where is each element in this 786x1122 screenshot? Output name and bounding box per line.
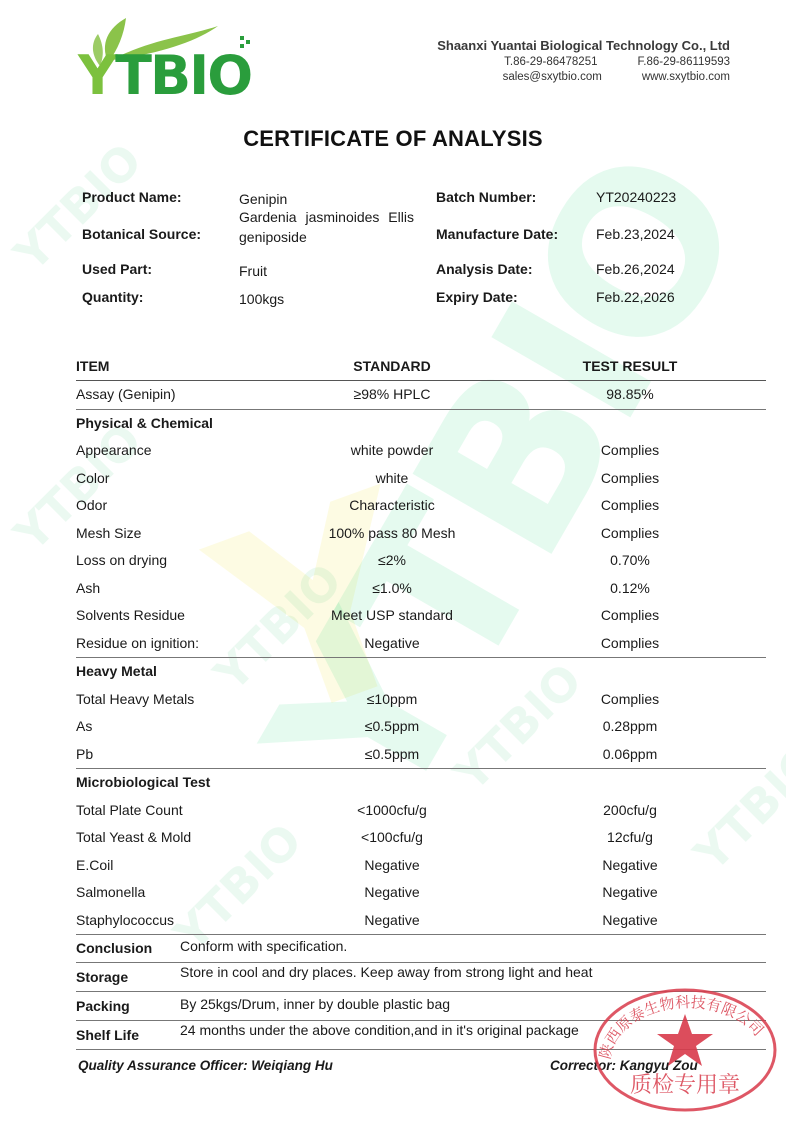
table-row: Total Yeast & Mold<100cfu/g12cfu/g <box>76 824 766 852</box>
expiry-date: Feb.22,2026 <box>596 289 675 305</box>
company-seal-stamp: 陕西原泰生物科技有限公司 质检专用章 <box>588 982 778 1112</box>
used-part-label: Used Part: <box>82 261 152 277</box>
row-standard: Negative <box>312 635 472 651</box>
row-standard: Meet USP standard <box>312 607 472 623</box>
row-item: Total Yeast & Mold <box>76 829 191 845</box>
company-name: Shaanxi Yuantai Biological Technology Co… <box>437 38 730 53</box>
row-standard: ≥98% HPLC <box>312 386 472 402</box>
stamp-center-text: 质检专用章 <box>630 1073 740 1098</box>
shelf-life-label: Shelf Life <box>76 1027 139 1043</box>
row-standard: white powder <box>312 442 472 458</box>
row-result: Complies <box>560 470 700 486</box>
manufacture-date: Feb.23,2024 <box>596 226 675 242</box>
row-item: Residue on ignition: <box>76 635 199 651</box>
table-row: Total Plate Count<1000cfu/g200cfu/g <box>76 797 766 825</box>
table-row: StaphylococcusNegativeNegative <box>76 907 766 936</box>
row-result: Complies <box>560 607 700 623</box>
table-row: Appearancewhite powderComplies <box>76 437 766 465</box>
conclusion-label: Conclusion <box>76 940 152 956</box>
row-item: Color <box>76 470 109 486</box>
header-standard: STANDARD <box>312 358 472 374</box>
botanical-source-label: Botanical Source: <box>82 226 201 242</box>
company-info: Shaanxi Yuantai Biological Technology Co… <box>437 38 730 83</box>
batch-number-label: Batch Number: <box>436 189 536 205</box>
row-item: Odor <box>76 497 107 513</box>
product-name: Genipin <box>239 189 429 209</box>
table-row: Residue on ignition:NegativeComplies <box>76 630 766 659</box>
row-item: Solvents Residue <box>76 607 185 623</box>
storage-label: Storage <box>76 969 128 985</box>
row-result: Negative <box>560 884 700 900</box>
row-item: Total Heavy Metals <box>76 691 194 707</box>
logo-letters: TBIO <box>115 44 251 107</box>
product-name-label: Product Name: <box>82 189 182 205</box>
analysis-date: Feb.26,2024 <box>596 261 675 277</box>
section-header: Microbiological Test <box>76 769 766 797</box>
manufacture-date-label: Manufacture Date: <box>436 226 558 242</box>
row-standard: ≤10ppm <box>312 691 472 707</box>
row-standard: 100% pass 80 Mesh <box>312 525 472 541</box>
row-standard: ≤0.5ppm <box>312 746 472 762</box>
company-tel: T.86-29-86478251 <box>504 56 597 68</box>
analysis-table: ITEM STANDARD TEST RESULT Assay (Genipin… <box>76 356 766 935</box>
row-result: 0.70% <box>560 552 700 568</box>
table-row: Solvents ResidueMeet USP standardComplie… <box>76 602 766 630</box>
row-result: Complies <box>560 497 700 513</box>
row-result: 98.85% <box>560 386 700 402</box>
packing-label: Packing <box>76 998 130 1014</box>
row-standard: white <box>312 470 472 486</box>
table-row: Mesh Size100% pass 80 MeshComplies <box>76 520 766 548</box>
row-standard: Negative <box>312 857 472 873</box>
table-row: Loss on drying≤2%0.70% <box>76 547 766 575</box>
table-row: ColorwhiteComplies <box>76 465 766 493</box>
row-result: Negative <box>560 912 700 928</box>
row-standard: ≤2% <box>312 552 472 568</box>
row-item: Ash <box>76 580 100 596</box>
packing-value: By 25kgs/Drum, inner by double plastic b… <box>180 996 450 1012</box>
document-title: CERTIFICATE OF ANALYSIS <box>0 126 786 152</box>
info-row: Botanical Source: Gardenia jasminoides E… <box>82 215 702 259</box>
header-result: TEST RESULT <box>560 358 700 374</box>
row-standard: <100cfu/g <box>312 829 472 845</box>
table-row: Pb≤0.5ppm0.06ppm <box>76 741 766 770</box>
conclusion-row: Conclusion Conform with specification. <box>76 934 766 963</box>
row-result: 0.28ppm <box>560 718 700 734</box>
company-fax: F.86-29-86119593 <box>638 56 731 68</box>
table-row: As≤0.5ppm0.28ppm <box>76 713 766 741</box>
table-row: Total Heavy Metals≤10ppmComplies <box>76 686 766 714</box>
row-standard: ≤0.5ppm <box>312 718 472 734</box>
table-row: OdorCharacteristicComplies <box>76 492 766 520</box>
star-icon <box>657 1014 713 1066</box>
row-item: Pb <box>76 746 93 762</box>
row-item: Staphylococcus <box>76 912 174 928</box>
header-item: ITEM <box>76 358 109 374</box>
table-row: Assay (Genipin) ≥98% HPLC 98.85% <box>76 381 766 410</box>
row-result: 12cfu/g <box>560 829 700 845</box>
product-info: Product Name: Genipin Batch Number: YT20… <box>82 187 702 315</box>
section-title: Microbiological Test <box>76 774 210 790</box>
batch-number: YT20240223 <box>596 189 676 205</box>
shelf-life-value: 24 months under the above condition,and … <box>180 1022 579 1038</box>
row-item: As <box>76 718 92 734</box>
row-result: Complies <box>560 635 700 651</box>
company-logo: YTBIO <box>78 18 258 98</box>
row-item: Mesh Size <box>76 525 141 541</box>
row-result: 0.12% <box>560 580 700 596</box>
row-result: 0.06ppm <box>560 746 700 762</box>
conclusion-value: Conform with specification. <box>180 938 347 954</box>
table-row: E.CoilNegativeNegative <box>76 852 766 880</box>
row-item: Total Plate Count <box>76 802 183 818</box>
section-header: Physical & Chemical <box>76 410 766 438</box>
qa-officer-signature: Quality Assurance Officer: Weiqiang Hu <box>78 1058 333 1073</box>
section-title: Heavy Metal <box>76 663 157 679</box>
row-item: Appearance <box>76 442 152 458</box>
analysis-date-label: Analysis Date: <box>436 261 532 277</box>
expiry-date-label: Expiry Date: <box>436 289 518 305</box>
info-row: Quantity: 100kgs Expiry Date: Feb.22,202… <box>82 287 702 315</box>
row-result: Complies <box>560 442 700 458</box>
info-row: Used Part: Fruit Analysis Date: Feb.26,2… <box>82 259 702 287</box>
quantity: 100kgs <box>239 289 429 309</box>
table-row: Ash≤1.0%0.12% <box>76 575 766 603</box>
row-item: Loss on drying <box>76 552 167 568</box>
row-standard: Characteristic <box>312 497 472 513</box>
used-part: Fruit <box>239 261 429 281</box>
row-standard: <1000cfu/g <box>312 802 472 818</box>
row-item: Salmonella <box>76 884 145 900</box>
row-standard: Negative <box>312 912 472 928</box>
row-item: Assay (Genipin) <box>76 386 176 402</box>
row-result: Complies <box>560 691 700 707</box>
row-standard: ≤1.0% <box>312 580 472 596</box>
table-header: ITEM STANDARD TEST RESULT <box>76 356 766 381</box>
row-item: E.Coil <box>76 857 113 873</box>
company-email: sales@sxytbio.com <box>503 71 602 83</box>
logo-letter-y: Y <box>78 44 115 107</box>
section-header: Heavy Metal <box>76 658 766 686</box>
table-row: SalmonellaNegativeNegative <box>76 879 766 907</box>
company-website: www.sxytbio.com <box>642 71 730 83</box>
section-title: Physical & Chemical <box>76 415 213 431</box>
row-result: 200cfu/g <box>560 802 700 818</box>
botanical-source: Gardenia jasminoides Ellis geniposide <box>239 207 429 247</box>
row-result: Complies <box>560 525 700 541</box>
quantity-label: Quantity: <box>82 289 143 305</box>
storage-value: Store in cool and dry places. Keep away … <box>180 964 592 980</box>
row-standard: Negative <box>312 884 472 900</box>
row-result: Negative <box>560 857 700 873</box>
